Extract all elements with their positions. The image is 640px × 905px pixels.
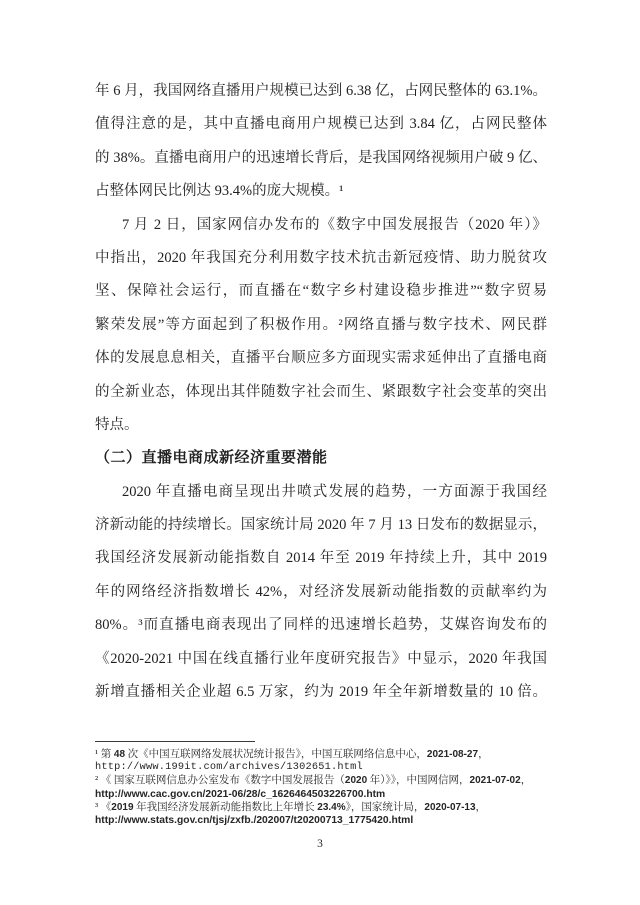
page-number: 3	[0, 838, 640, 850]
body-line: 新增直播相关企业超 6.5 万家，约为 2019 年全年新增数量的 10 倍。	[95, 676, 547, 709]
body-line: 坚、保障社会运行，而直播在“数字乡村建设稳步推进”“数字贸易	[95, 275, 547, 308]
footnote-url: http://www.199it.com/archives/1302651.ht…	[95, 761, 557, 774]
body-line: 特点。	[95, 409, 547, 442]
body-line: 的全新业态，体现出其伴随数字社会而生、紧跟数字社会变革的突出	[95, 376, 547, 409]
body-line: 2020 年直播电商呈现出井喷式发展的趋势，一方面源于我国经	[95, 476, 547, 509]
footnote-text: ¹ 第 48 次《中国互联网络发展状况统计报告》，中国互联网络信息中心，2021…	[95, 748, 557, 761]
body-line: 中指出，2020 年我国充分利用数字技术抗击新冠疫情、助力脱贫攻	[95, 242, 547, 275]
footnote-text: ² 《 国家互联网信息办公室发布《数字中国发展报告（2020 年）》》，中国网信…	[95, 774, 557, 787]
body-line: 繁荣发展”等方面起到了积极作用。²网络直播与数字技术、网民群	[95, 309, 547, 342]
document-body: 年 6 月，我国网络直播用户规模已达到 6.38 亿，占网民整体的 63.1%。…	[95, 75, 547, 709]
section-heading: （二）直播电商成新经济重要潜能	[95, 442, 547, 475]
body-line: 体的发展息息相关，直播平台顺应多方面现实需求延伸出了直播电商	[95, 342, 547, 375]
body-line: 的 38%。直播电商用户的迅速增长背后，是我国网络视频用户破 9 亿、	[95, 142, 547, 175]
body-line: 《2020-2021 中国在线直播行业年度研究报告》中显示，2020 年我国	[95, 643, 547, 676]
footnote-text: ³ 《2019 年我国经济发展新动能指数比上年增长 23.4%》，国家统计局，2…	[95, 801, 557, 814]
footnotes: ¹ 第 48 次《中国互联网络发展状况统计报告》，中国互联网络信息中心，2021…	[95, 748, 557, 827]
document-page: 年 6 月，我国网络直播用户规模已达到 6.38 亿，占网民整体的 63.1%。…	[0, 0, 640, 905]
body-line: 年的网络经济指数增长 42%，对经济发展新动能指数的贡献率约为	[95, 576, 547, 609]
body-line: 济新动能的持续增长。国家统计局 2020 年 7 月 13 日发布的数据显示，	[95, 509, 547, 542]
body-line: 值得注意的是，其中直播电商用户规模已达到 3.84 亿，占网民整体	[95, 108, 547, 141]
footnote-url: http://www.stats.gov.cn/tjsj/zxfb./20200…	[95, 814, 557, 827]
body-line: 年 6 月，我国网络直播用户规模已达到 6.38 亿，占网民整体的 63.1%。	[95, 75, 547, 108]
body-line: 7 月 2 日，国家网信办发布的《数字中国发展报告（2020 年）》	[95, 209, 547, 242]
footnote-separator	[95, 741, 255, 742]
footnote-url: http://www.cac.gov.cn/2021-06/28/c_16264…	[95, 788, 557, 801]
body-line: 80%。³而直播电商表现出了同样的迅速增长趋势，艾媒咨询发布的	[95, 609, 547, 642]
body-line: 占整体网民比例达 93.4%的庞大规模。¹	[95, 175, 547, 208]
body-line: 我国经济发展新动能指数自 2014 年至 2019 年持续上升，其中 2019	[95, 542, 547, 575]
